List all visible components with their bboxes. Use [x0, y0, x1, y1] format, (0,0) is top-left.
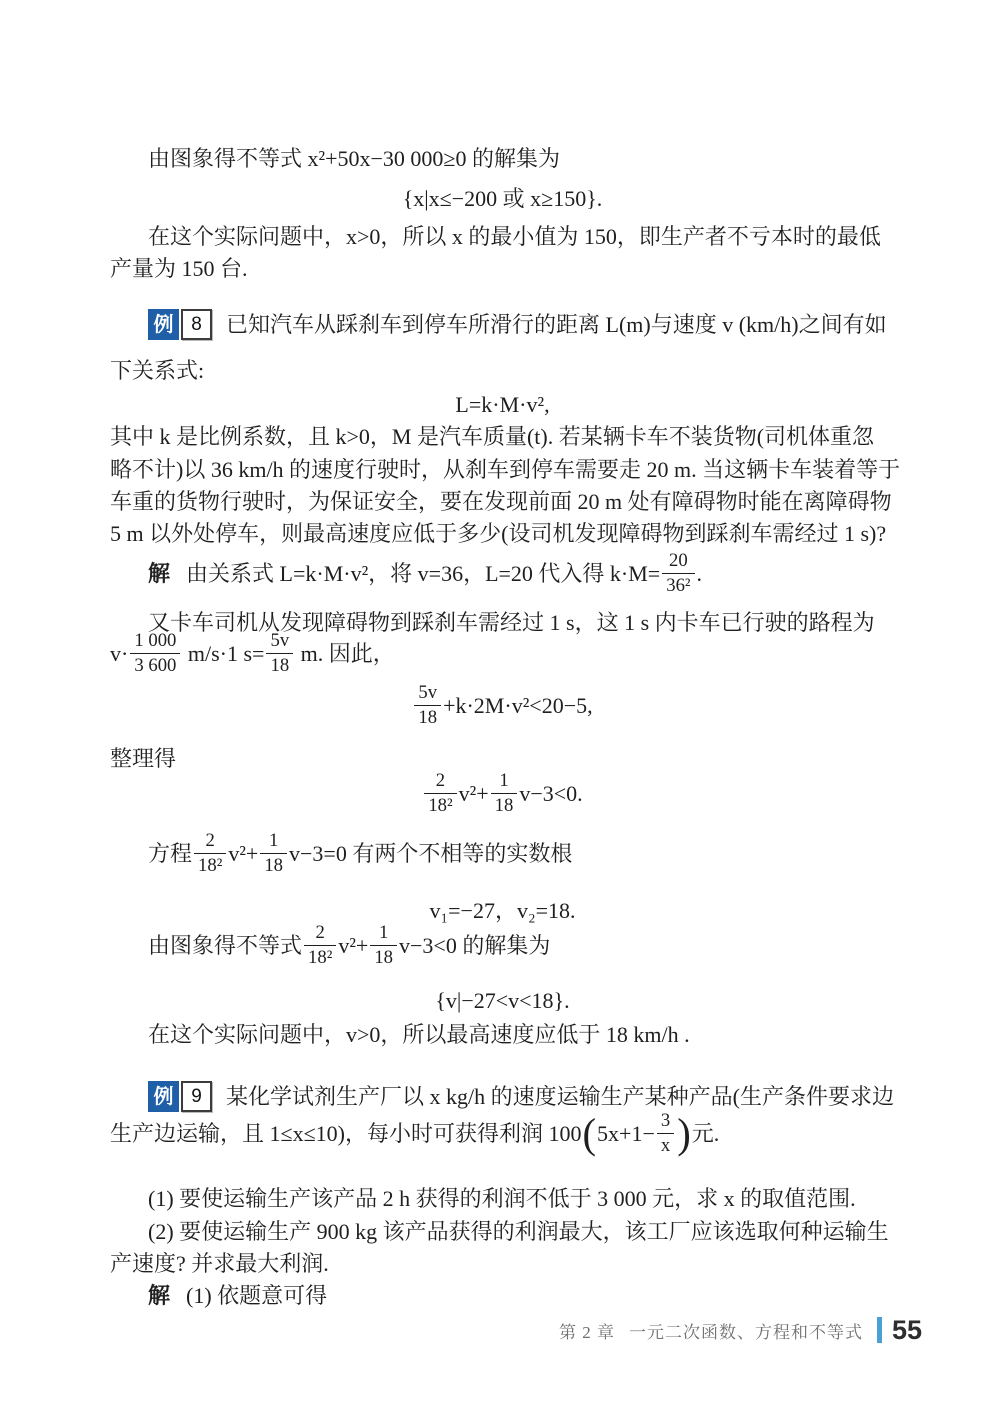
- example9-body-line-1: 生产边运输，且 1≤x≤10)，每小时可获得利润 100(5x+1−3x)元.: [110, 1112, 895, 1160]
- intro-line-1: 由图象得不等式 x²+50x−30 000≥0 的解集为: [148, 144, 895, 174]
- example8-body-line-4: 5 m 以外处停车，则最高速度应低于多少(设司机发现障碍物到踩刹车需经过 1 s…: [110, 519, 895, 549]
- fraction-denominator: 36²: [662, 573, 694, 597]
- example-badge-label: 例: [148, 1081, 179, 1112]
- body-text-2: 元.: [692, 1121, 720, 1146]
- fraction-2-18sq: 218²: [302, 922, 338, 970]
- example8-formula-solution-set: {v|−27<v<18}.: [110, 986, 895, 1016]
- fraction-denominator: x: [657, 1133, 674, 1157]
- solution-text: (1) 依题意可得: [186, 1283, 327, 1308]
- formula-text: v−3<0.: [519, 781, 582, 806]
- fraction-numerator: 5v: [414, 682, 441, 705]
- fraction-denominator: 18²: [424, 793, 456, 817]
- fraction-denominator: 18²: [304, 945, 336, 969]
- fraction-1000-3600: 1 0003 600: [128, 630, 182, 678]
- example8-body-line-3: 车重的货物行驶时，为保证安全，要在发现前面 20 m 处有障碍物时能在离障碍物: [110, 487, 895, 517]
- fraction-numerator: 2: [304, 922, 336, 945]
- fraction-denominator: 18: [414, 705, 441, 729]
- example8-body-line-2: 略不计)以 36 km/h 的速度行驶时，从刹车到停车需要走 20 m. 当这辆…: [110, 455, 895, 485]
- solution-text-9: v−3<0 的解集为: [399, 933, 550, 958]
- fraction-numerator: 2: [424, 770, 456, 793]
- fraction-denominator: 18: [491, 793, 518, 817]
- fraction-numerator: 1 000: [130, 630, 180, 653]
- example9-heading-line: 例9某化学试剂生产厂以 x kg/h 的速度运输生产某种产品(生产条件要求边: [148, 1082, 895, 1114]
- solution-label: 解: [148, 561, 170, 586]
- fraction-denominator: 18: [260, 853, 287, 877]
- example8-solution-line-1: 解由关系式 L=k·M·v²，将 v=36，L=20 代入得 k·M=2036²…: [148, 552, 895, 600]
- fraction-numerator: 2: [194, 830, 226, 853]
- example8-formula-simplified: 218²v²+118v−3<0.: [110, 772, 895, 820]
- fraction-5v-18: 5v18: [412, 682, 443, 730]
- example9-heading-text: 某化学试剂生产厂以 x kg/h 的速度运输生产某种产品(生产条件要求边: [226, 1084, 894, 1109]
- solution-text-6: 方程: [148, 841, 192, 866]
- solution-text-8: 由图象得不等式: [148, 933, 302, 958]
- fraction-denominator: 18: [266, 653, 293, 677]
- example9-question-2-cont: 产速度? 并求最大利润.: [110, 1249, 895, 1279]
- example8-heading-line-2: 下关系式:: [110, 356, 895, 386]
- page-footer: 第 2 章 一元二次函数、方程和不等式 55: [559, 1312, 922, 1348]
- fraction-denominator: 18²: [194, 853, 226, 877]
- example8-body-line-1: 其中 k 是比例系数，且 k>0，M 是汽车质量(t). 若某辆卡车不装货物(司…: [110, 422, 895, 452]
- example9-solution-line-1: 解(1) 依题意可得: [148, 1281, 895, 1311]
- fraction-1-18: 118: [258, 830, 289, 878]
- fraction-2-18sq: 218²: [192, 830, 228, 878]
- intro-line-2: 在这个实际问题中，x>0，所以 x 的最小值为 150，即生产者不亏本时的最低: [148, 222, 895, 252]
- body-text-1: 生产边运输，且 1≤x≤10)，每小时可获得利润 100: [110, 1121, 581, 1146]
- intro-text-2: 的解集为: [467, 146, 561, 171]
- example8-badge-number: 8: [181, 309, 212, 340]
- example8-formula-roots: v₁=−27，v₂=18.: [110, 896, 895, 926]
- fraction-numerator: 3: [657, 1110, 674, 1133]
- example8-solution-line-6: 由图象得不等式218²v²+118v−3<0 的解集为: [148, 924, 895, 972]
- example8-formula-L: L=k·M·v²,: [110, 390, 895, 420]
- fraction-2-18sq: 218²: [422, 770, 458, 818]
- example8-heading-text: 已知汽车从踩刹车到停车所滑行的距离 L(m)与速度 v (km/h)之间有如: [226, 312, 887, 337]
- intro-text-1: 由图象得不等式: [148, 146, 308, 171]
- example8-formula-inequality-raw: 5v18+k·2M·v²<20−5,: [110, 684, 895, 732]
- example-badge-label: 例: [148, 309, 179, 340]
- fraction-denominator: 18: [370, 945, 397, 969]
- fraction-numerator: 20: [662, 550, 694, 573]
- fraction-1-18: 118: [368, 922, 399, 970]
- fraction-numerator: 1: [370, 922, 397, 945]
- fraction-3-x: 3x: [655, 1110, 676, 1158]
- textbook-page: 由图象得不等式 x²+50x−30 000≥0 的解集为 {x|x≤−200 或…: [0, 0, 1000, 1422]
- solution-text-7: v−3=0 有两个不相等的实数根: [289, 841, 572, 866]
- example8-solution-line-3: v·1 0003 600 m/s·1 s=5v18 m. 因此，: [110, 632, 895, 680]
- example8-badge: 例8: [148, 309, 212, 340]
- solution-text-3: v·: [110, 641, 128, 666]
- left-parenthesis: (: [581, 1118, 597, 1150]
- formula-text: v²+: [338, 933, 368, 958]
- example8-solution-line-5: 方程218²v²+118v−3=0 有两个不相等的实数根: [148, 832, 895, 880]
- solution-label: 解: [148, 1283, 170, 1308]
- right-parenthesis: ): [676, 1118, 692, 1150]
- footer-accent-bar: [877, 1317, 882, 1343]
- intro-formula-solution-set: {x|x≤−200 或 x≥150}.: [110, 184, 895, 214]
- fraction-numerator: 1: [260, 830, 287, 853]
- example8-heading-line: 例8已知汽车从踩刹车到停车所滑行的距离 L(m)与速度 v (km/h)之间有如: [148, 310, 895, 342]
- solution-text-1: 由关系式 L=k·M·v²，将 v=36，L=20 代入得 k·M=: [186, 561, 660, 586]
- example9-question-2: (2) 要使运输生产 900 kg 该产品获得的利润最大，该工厂应该选取何种运输…: [148, 1217, 895, 1247]
- fraction-numerator: 1: [491, 770, 518, 793]
- example9-badge-number: 9: [181, 1081, 212, 1112]
- formula-text: v²+: [228, 841, 258, 866]
- fraction-5v-18: 5v18: [264, 630, 295, 678]
- example9-question-1: (1) 要使运输生产该产品 2 h 获得的利润不低于 3 000 元，求 x 的…: [148, 1184, 895, 1214]
- footer-chapter-title: 一元二次函数、方程和不等式: [629, 1318, 863, 1343]
- example8-conclusion-line: 在这个实际问题中，v>0，所以最高速度应低于 18 km/h .: [148, 1020, 895, 1050]
- fraction-kM: 2036²: [660, 550, 696, 598]
- fraction-denominator: 3 600: [130, 653, 180, 677]
- fraction-numerator: 5v: [266, 630, 293, 653]
- solution-text-2: .: [697, 561, 703, 586]
- footer-page-number: 55: [892, 1315, 922, 1346]
- formula-text: v²+: [459, 781, 489, 806]
- intro-math-1: x²+50x−30 000≥0: [308, 146, 467, 171]
- footer-chapter: 第 2 章: [559, 1318, 615, 1343]
- fraction-1-18: 118: [489, 770, 520, 818]
- body-math: 5x+1−: [597, 1121, 655, 1146]
- intro-line-3: 产量为 150 台.: [110, 254, 895, 284]
- example9-badge: 例9: [148, 1081, 212, 1112]
- formula-text: +k·2M·v²<20−5,: [443, 693, 593, 718]
- solution-text-4: m/s·1 s=: [182, 641, 264, 666]
- solution-text-5: m. 因此，: [295, 641, 395, 666]
